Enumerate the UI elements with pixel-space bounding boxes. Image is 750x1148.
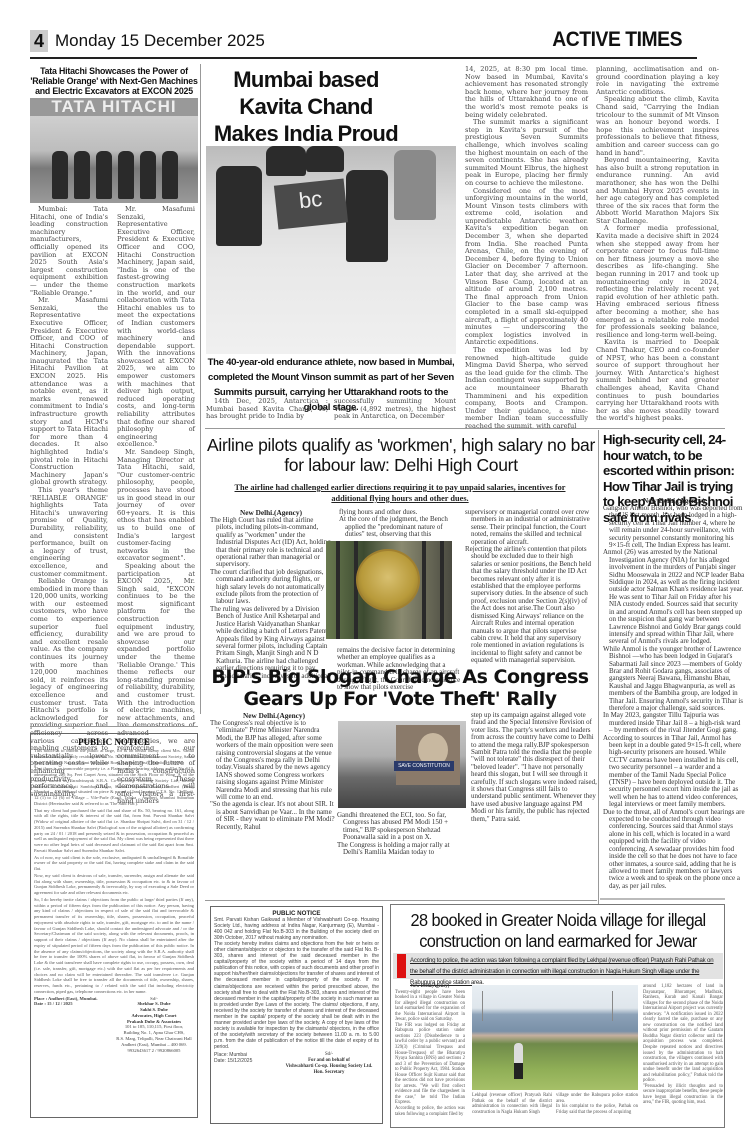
airline-column-2-top: flying hours and other dues. At the core… (339, 509, 463, 539)
kavita-column-3: 14, 2025, at 8:30 pm local time. Now bas… (465, 66, 588, 431)
airline-column-1: New Delhi.(Agency) The High Court has ru… (210, 509, 332, 680)
court-emblem-icon (356, 549, 420, 611)
column-divider (200, 64, 201, 714)
section-divider (600, 898, 725, 900)
airline-column-3: supervisory or managerial control over c… (465, 509, 593, 665)
airline-subhead: The airline had challenged earlier direc… (230, 482, 570, 504)
high-court-photo (326, 541, 452, 639)
kavita-summit-photo: bc (206, 146, 456, 354)
bjp-column-1: New Delhi.(Agency) The Congress's real o… (210, 712, 338, 831)
public-notice-1-signature: Place : Andheri (East), Mumbai. Date : 1… (34, 996, 194, 1054)
public-notice-2-body: Smt. Parvati Kishan Gaikwad a Member of … (214, 917, 379, 1050)
kavita-intro-1: 14th Dec, 2025, Antarctica : Mumbai base… (206, 398, 328, 421)
bjp-column-3: step up its campaign against alleged vot… (471, 712, 599, 823)
public-notice-2-signature: Place: Mumbai Date: 15/12/2025 Sd/- For … (214, 1052, 379, 1064)
page-number: 4 (30, 30, 48, 52)
section-divider (30, 726, 198, 727)
public-notice-vishwabharti: PUBLIC NOTICE Smt. Parvati Kishan Gaikwa… (210, 906, 383, 1124)
airport-field-photo (472, 985, 638, 1090)
worker-figure (514, 1043, 523, 1079)
anmol-body: New Delhi.(Agency) Gangster Anmol Bishno… (603, 497, 745, 890)
airline-headline: Airline pilots qualify as 'workmen', hig… (205, 435, 597, 475)
rally-sign: SAVE CONSTITUTION (394, 761, 454, 771)
kavita-column-4: planning, acclimatisation and on-ground … (596, 66, 719, 423)
newspaper-title: ACTIVE TIMES (552, 28, 682, 52)
section-divider (205, 428, 725, 429)
leader-poster (396, 725, 460, 785)
public-notice-1-body: This notice is to inform the public at l… (34, 748, 194, 995)
rally-photo: SAVE CONSTITUTION (338, 721, 466, 808)
tata-hitachi-logo: TATA HITACHI (30, 98, 198, 116)
noida-column-4: around 1,182 hectares of land in Dayanat… (643, 984, 723, 1106)
tata-hitachi-column-2: Mr. Masafumi Senzaki, Representative Exe… (117, 206, 195, 806)
masthead-rule (30, 57, 697, 59)
tata-hitachi-photo (30, 116, 198, 203)
red-accent-bar (397, 954, 406, 978)
noida-column-3: village under the Rabupura police statio… (556, 1093, 638, 1115)
column-divider (598, 430, 599, 905)
tata-hitachi-headline: Tata Hitachi Showcases the Power of 'Rel… (30, 66, 198, 96)
bjp-column-2-bottom: Gandhi threatened the ECI, too. So far, … (337, 812, 467, 856)
public-notice-vanita-sable: PUBLIC NOTICE This notice is to inform t… (30, 733, 198, 1118)
tata-hitachi-column-1: Mumbai: Tata Hitachi, one of India's lea… (30, 206, 108, 798)
bjp-headline: BJP's Big Slogan Charge As Congress Gear… (205, 666, 595, 710)
noida-column-1: New Delhi(Agency) Twenty-eight people ha… (395, 984, 465, 1117)
section-divider (205, 900, 597, 901)
kavita-intro-2: successfully summiting Mount Vinson (4,8… (334, 398, 456, 421)
noida-column-2: Lekhpal (revenue officer) Pratyush Rahi … (472, 1093, 552, 1115)
issue-date: Monday 15 December 2025 (55, 30, 265, 52)
bc-banner: bc (274, 178, 348, 229)
